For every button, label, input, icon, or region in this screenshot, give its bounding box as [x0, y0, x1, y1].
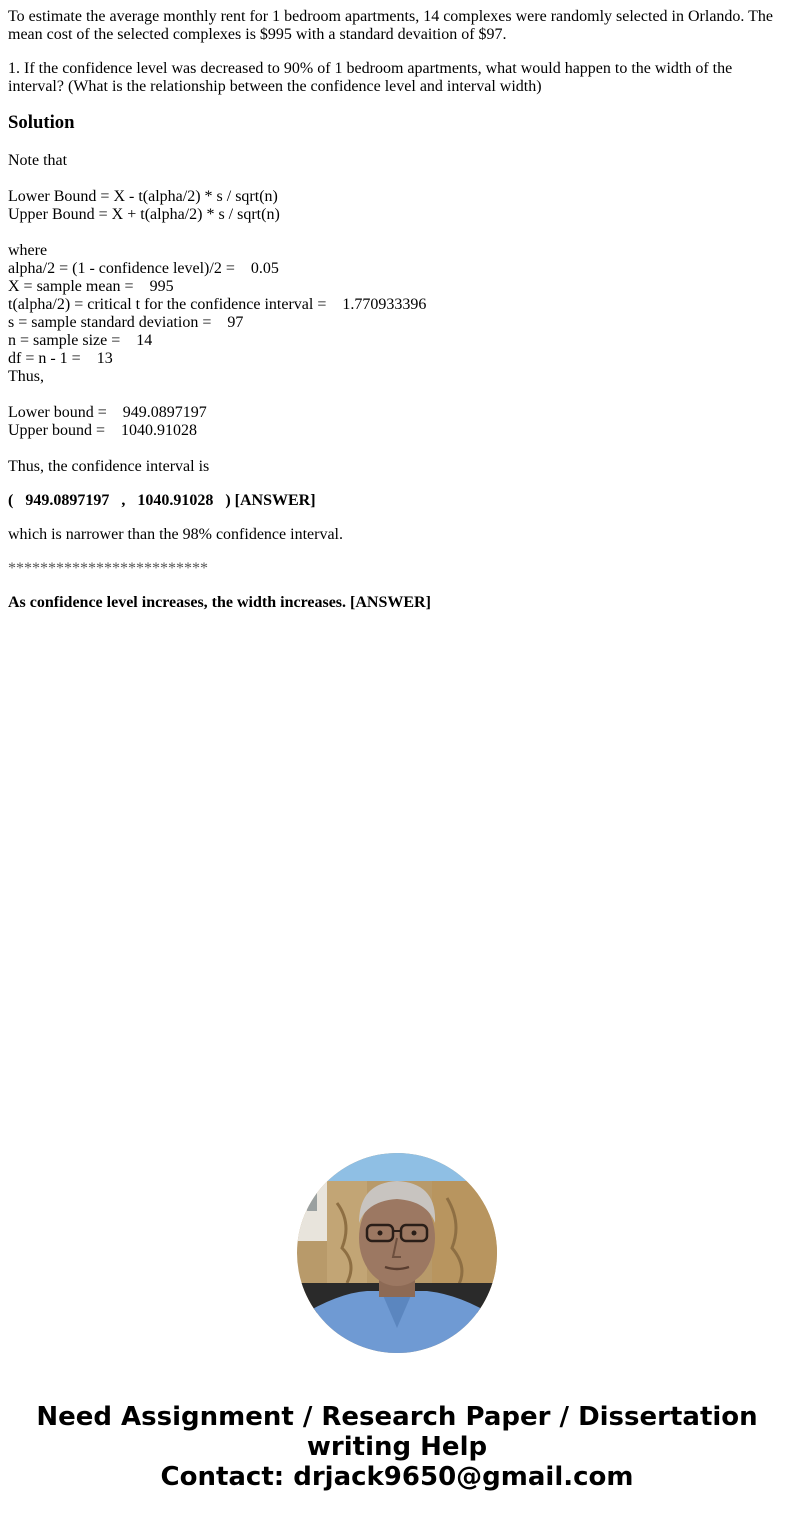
lower-bound: Lower bound = 949.0897197 [8, 404, 786, 422]
thus-text: Thus, [8, 368, 786, 386]
promo-banner: Need Assignment / Research Paper / Disse… [0, 1402, 794, 1492]
solution-body: Note that Lower Bound = X - t(alpha/2) *… [8, 152, 786, 612]
def-std-dev: s = sample standard deviation = 97 [8, 314, 786, 332]
question-part1: 1. If the confidence level was decreased… [8, 60, 786, 96]
interval-intro: Thus, the confidence interval is [8, 458, 786, 476]
def-df: df = n - 1 = 13 [8, 350, 786, 368]
note-text: Note that [8, 152, 786, 170]
solution-heading: Solution [8, 112, 786, 134]
final-answer: As confidence level increases, the width… [8, 594, 786, 612]
comparison-text: which is narrower than the 98% confidenc… [8, 526, 786, 544]
where-text: where [8, 242, 786, 260]
def-sample-size: n = sample size = 14 [8, 332, 786, 350]
def-critical-t: t(alpha/2) = critical t for the confiden… [8, 296, 786, 314]
separator: ************************* [8, 560, 786, 578]
formula-upper: Upper Bound = X + t(alpha/2) * s / sqrt(… [8, 206, 786, 224]
promo-line-1: Need Assignment / Research Paper / Disse… [0, 1402, 794, 1432]
formula-lower: Lower Bound = X - t(alpha/2) * s / sqrt(… [8, 188, 786, 206]
interval-answer: ( 949.0897197 , 1040.91028 ) [ANSWER] [8, 492, 786, 510]
person-photo-icon [297, 1153, 497, 1353]
def-alpha: alpha/2 = (1 - confidence level)/2 = 0.0… [8, 260, 786, 278]
promo-contact: Contact: drjack9650@gmail.com [0, 1462, 794, 1492]
tutor-avatar [297, 1153, 497, 1353]
promo-line-2: writing Help [0, 1432, 794, 1462]
upper-bound: Upper bound = 1040.91028 [8, 422, 786, 440]
document-body: To estimate the average monthly rent for… [8, 8, 786, 628]
question-intro: To estimate the average monthly rent for… [8, 8, 786, 44]
def-mean: X = sample mean = 995 [8, 278, 786, 296]
